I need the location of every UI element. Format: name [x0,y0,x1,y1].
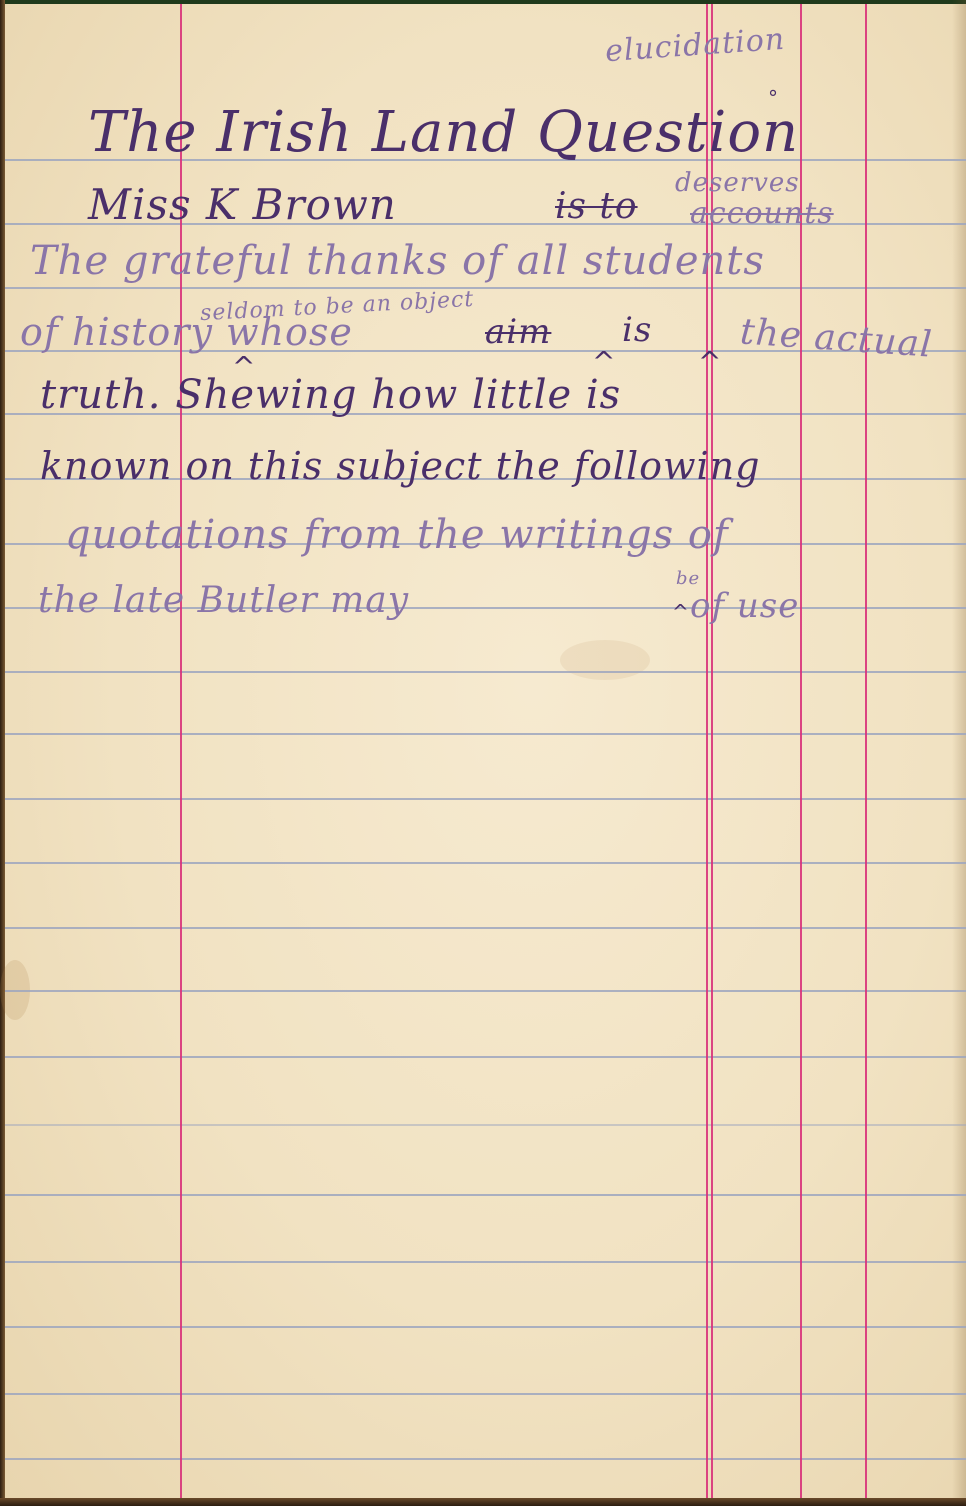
notebook-page: elucidation ° The Irish Land Question de… [0,0,966,1506]
line-4-struck-aim: aim [485,312,551,352]
page-right-shade [952,0,966,1506]
ruled-line [5,1393,966,1395]
line-8-a: the late Butler may [38,580,409,621]
line-4-actual: the actual [739,311,934,365]
ruled-line [5,287,966,289]
ruled-line [5,862,966,864]
title-line: The Irish Land Question [88,100,799,165]
ruled-line [5,671,966,673]
ruled-line [5,1194,966,1196]
ruled-line [5,1458,966,1460]
insertion-caret: ^ [672,600,689,624]
line-2-name: Miss K Brown [88,180,397,229]
ruled-line [5,927,966,929]
insertion-elucidation: elucidation [604,22,786,69]
ruled-line [5,1326,966,1328]
insertion-caret: ^ [698,345,721,378]
line-2: Miss K Brown [88,180,397,229]
ruled-line [5,1056,966,1058]
line-2-struck-accounts: accounts [690,196,834,231]
line-7: quotations from the writings of [65,512,729,558]
line-2-struck-is-to: is to [555,186,638,227]
page-binding-edge [0,0,5,1506]
ruled-line [5,798,966,800]
ruled-line [5,733,966,735]
line-3: The grateful thanks of all students [30,238,765,284]
page-bottom-edge [0,1498,966,1506]
ruled-line [5,990,966,992]
line-5: truth. Shewing how little is [40,372,621,418]
column-line [865,4,867,1498]
line-8-b: of use [690,586,799,626]
ruled-line [5,1124,966,1126]
line-4-is: is [622,310,652,350]
stain [560,640,650,680]
line-4-a: of history whose [20,310,353,354]
page-top-edge [0,0,966,4]
insertion-deserves: deserves [675,168,800,198]
line-6: known on this subject the following [40,444,760,488]
ruled-line [5,1261,966,1263]
